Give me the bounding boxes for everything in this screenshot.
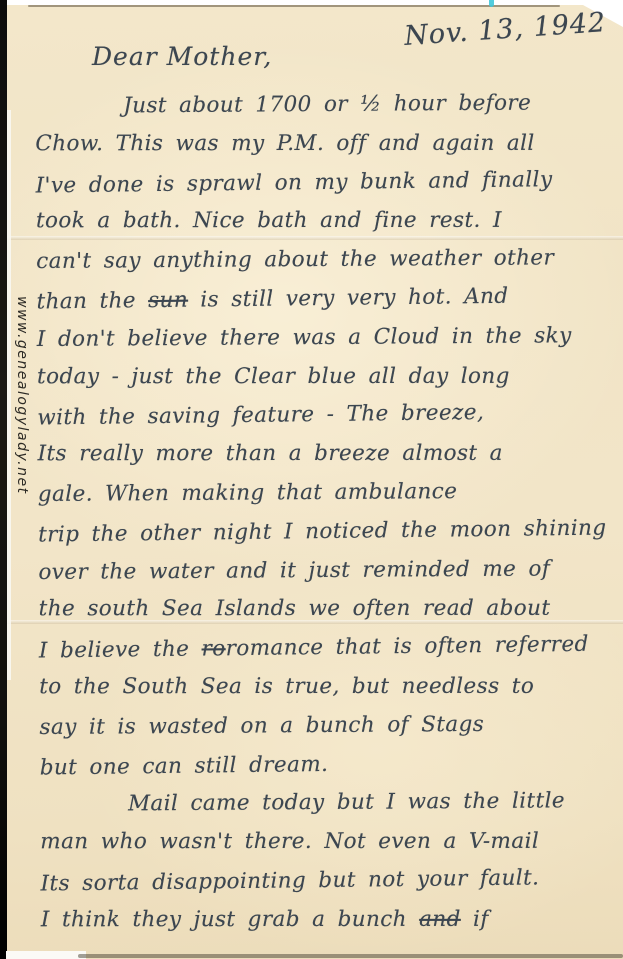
line-text: gale. When making that ambulance (38, 479, 458, 507)
line-text: Just about 1700 or ½ hour before (123, 91, 531, 119)
line-text: romance that is often referred (225, 632, 588, 661)
letter-line: I don't believe there was a Cloud in the… (37, 317, 607, 360)
line-text: I don't believe there was a Cloud in the… (37, 323, 572, 352)
line-text: I believe the (39, 637, 202, 664)
letter-line: I've done is sprawl on my bunk and final… (35, 160, 605, 206)
letter-line: I think they just grab a bunch and if (41, 900, 611, 939)
letter-line: the south Sea Islands we often read abou… (39, 590, 609, 629)
letter-line: over the water and it just reminded me o… (38, 550, 608, 593)
struck-word: ro (201, 636, 225, 661)
line-text: man who wasn't there. Not even a V-mail (40, 829, 539, 854)
letter-line: I believe the roromance that is often re… (39, 626, 609, 672)
letter-line: took a bath. Nice bath and fine rest. I (36, 202, 606, 241)
watermark-text: www.genealogylady.net (14, 296, 30, 495)
line-text: Its really more than a breeze almost a (38, 441, 503, 466)
paper-bottom-curl (6, 951, 86, 959)
line-text: took a bath. Nice bath and fine rest. I (36, 208, 502, 233)
letter-line: Mail came today but I was the little (40, 782, 610, 825)
letter-line: man who wasn't there. Not even a V-mail (40, 823, 610, 862)
letter-line: with the saving feature - The breeze, (37, 393, 607, 439)
letter-line: Its really more than a breeze almost a (38, 435, 608, 474)
letter-lines: Just about 1700 or ½ hour beforeChow. Th… (35, 84, 611, 941)
scan-left-edge-gap (7, 110, 11, 680)
letter-line: gale. When making that ambulance (38, 472, 608, 515)
line-text: today - just the Clear blue all day long (37, 363, 510, 388)
line-text: say it is wasted on a bunch of Stags (39, 712, 484, 740)
line-text: Its sorta disappointing but not your fau… (40, 865, 539, 896)
line-text: but one can still dream. (40, 751, 329, 780)
letter-line: today - just the Clear blue all day long (37, 357, 607, 396)
letter-line: trip the other night I noticed the moon … (38, 509, 608, 555)
line-text: trip the other night I noticed the moon … (38, 515, 607, 547)
line-text: I think they just grab a bunch (41, 907, 419, 932)
line-text: over the water and it just reminded me o… (38, 556, 550, 585)
scan-left-edge (0, 0, 7, 959)
struck-word: sun (148, 288, 188, 313)
line-text: can't say anything about the weather oth… (36, 246, 554, 275)
letter-line: Just about 1700 or ½ hour before (35, 84, 605, 127)
line-text: Mail came today but I was the little (128, 789, 565, 817)
letter-line: say it is wasted on a bunch of Stags (39, 705, 609, 748)
letter-scan: www.genealogylady.net Nov. 13, 1942 Dear… (0, 0, 623, 959)
line-text: Chow. This was my P.M. off and again all (35, 131, 534, 156)
letter-line: can't say anything about the weather oth… (36, 239, 606, 282)
letter-line: but one can still dream. (40, 742, 610, 788)
struck-word: and (419, 907, 461, 932)
scan-bottom-shadow (78, 954, 623, 958)
line-text: is still very very hot. And (188, 284, 509, 313)
scan-speck (489, 0, 494, 7)
letter-line: Its sorta disappointing but not your fau… (40, 858, 610, 904)
line-text: if (461, 907, 489, 932)
paper-top-edge-shadow (28, 5, 560, 7)
letter-line: than the sun is still very very hot. And (36, 277, 606, 323)
letter-salutation: Dear Mother, (92, 42, 272, 71)
line-text: the south Sea Islands we often read abou… (39, 596, 551, 621)
letter-line: Chow. This was my P.M. off and again all (35, 125, 605, 164)
letter-line: to the South Sea is true, but needless t… (39, 668, 609, 707)
line-text: I've done is sprawl on my bunk and final… (36, 167, 553, 198)
line-text: with the saving feature - The breeze, (37, 400, 484, 430)
line-text: than the (36, 288, 148, 314)
line-text: to the South Sea is true, but needless t… (39, 674, 534, 699)
